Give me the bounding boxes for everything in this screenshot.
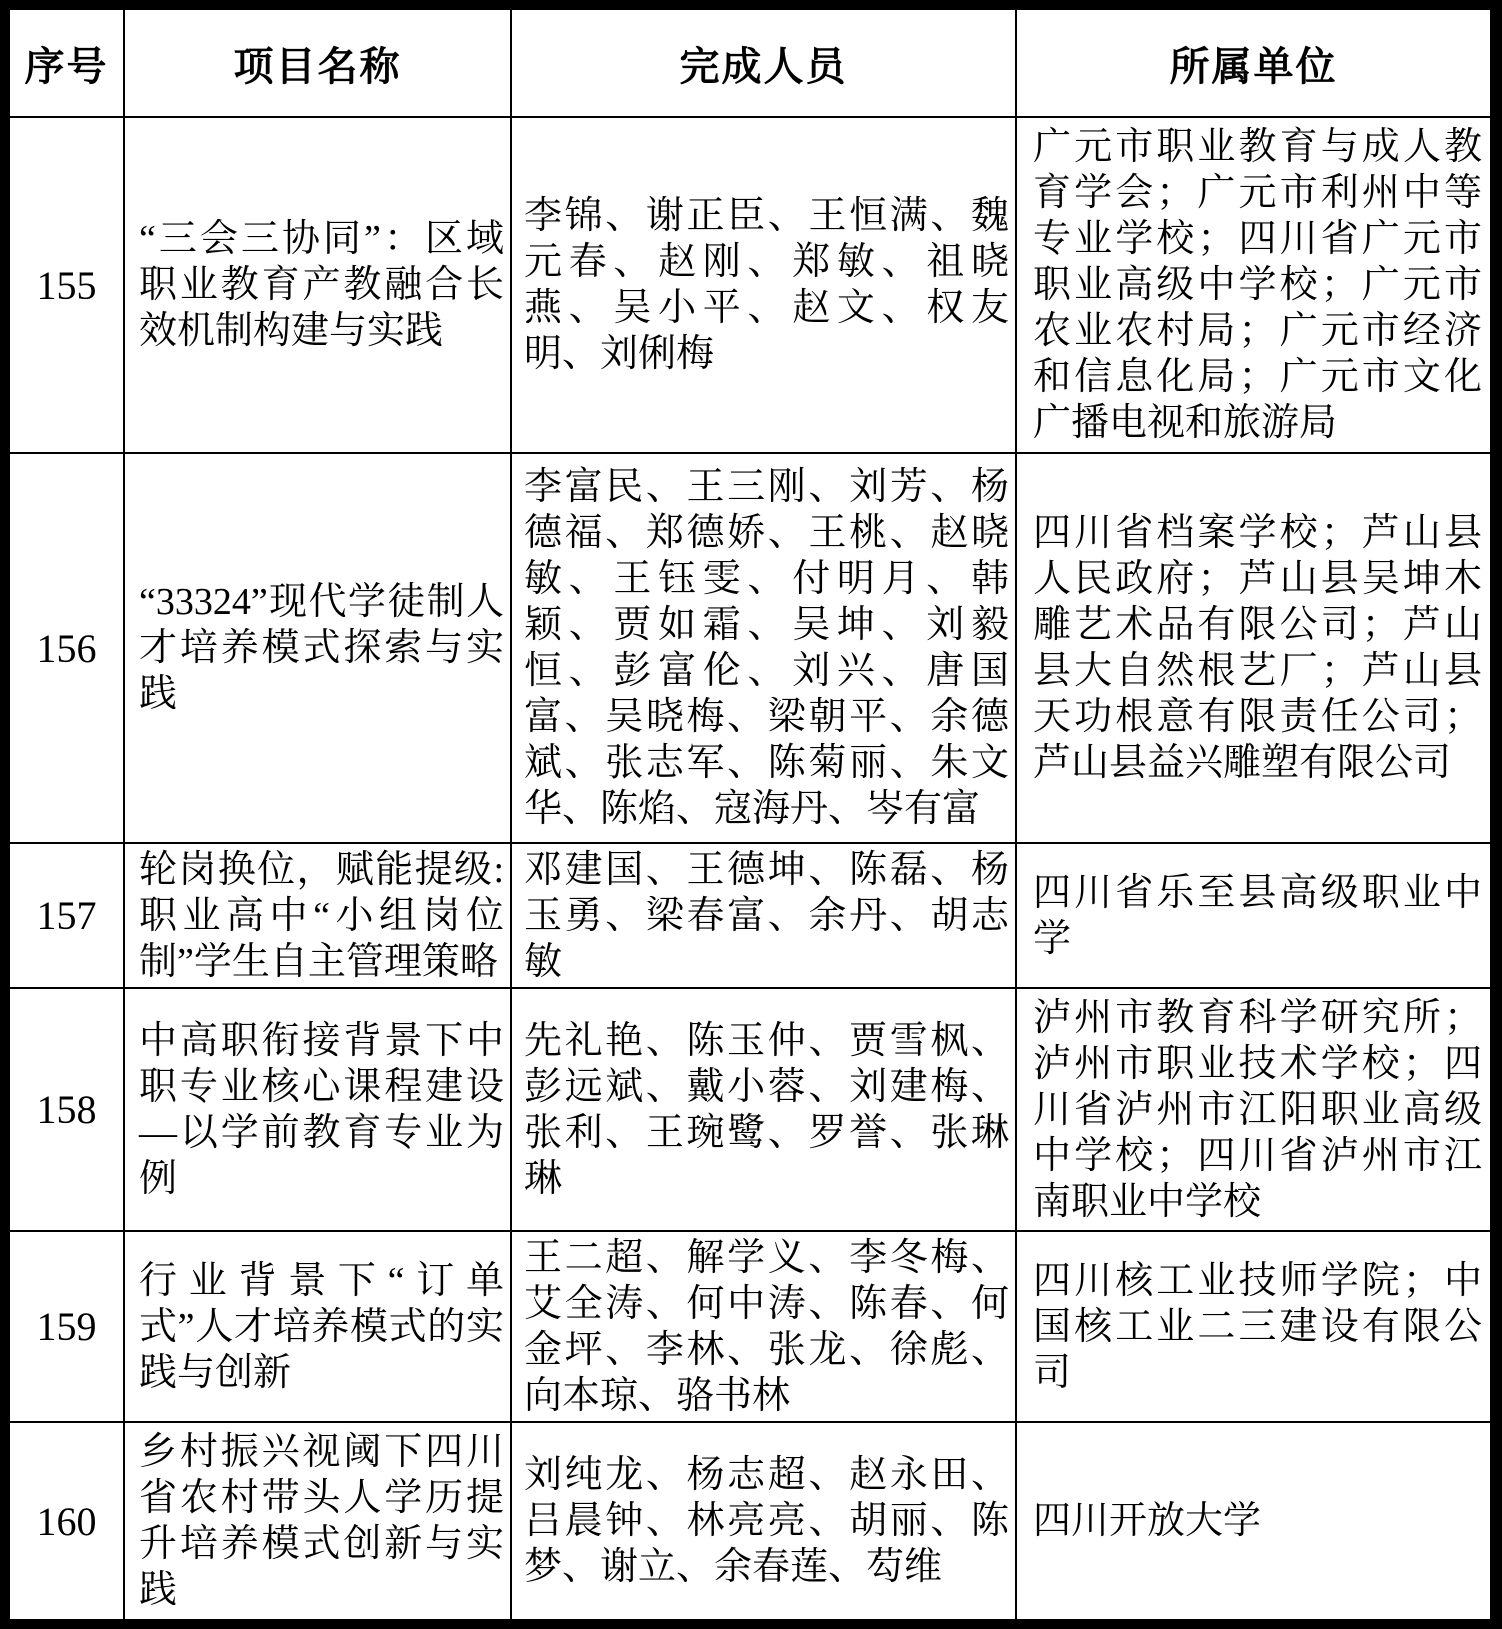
cell-project: 中高职衔接背景下中职专业核心课程建设—以学前教育专业为例 <box>124 988 511 1231</box>
table-row: 157 轮岗换位，赋能提级:职业高中“小组岗位制”学生自主管理策略 邓建国、王德… <box>9 843 1491 988</box>
header-row: 序号 项目名称 完成人员 所属单位 <box>9 9 1491 117</box>
cell-project: “三会三协同”：区域职业教育产教融合长效机制构建与实践 <box>124 117 511 453</box>
header-project: 项目名称 <box>124 9 511 117</box>
cell-no: 158 <box>9 988 124 1231</box>
cell-project: 行业背景下“订单式”人才培养模式的实践与创新 <box>124 1231 511 1422</box>
cell-no: 159 <box>9 1231 124 1422</box>
document-page: 序号 项目名称 完成人员 所属单位 155 “三会三协同”：区域职业教育产教融合… <box>0 0 1502 1629</box>
cell-no: 160 <box>9 1422 124 1620</box>
cell-unit: 四川省乐至县高级职业中学 <box>1016 843 1491 988</box>
cell-unit: 泸州市教育科学研究所；泸州市职业技术学校；四川省泸州市江阳职业高级中学校；四川省… <box>1016 988 1491 1231</box>
cell-personnel: 李锦、谢正臣、王恒满、魏元春、赵刚、郑敏、祖晓燕、吴小平、赵文、权友明、刘俐梅 <box>511 117 1016 453</box>
cell-unit: 四川省档案学校；芦山县人民政府；芦山县吴坤木雕艺术品有限公司；芦山县大自然根艺厂… <box>1016 453 1491 843</box>
cell-no: 157 <box>9 843 124 988</box>
table-row: 158 中高职衔接背景下中职专业核心课程建设—以学前教育专业为例 先礼艳、陈玉仲… <box>9 988 1491 1231</box>
table-row: 156 “33324”现代学徒制人才培养模式探索与实践 李富民、王三刚、刘芳、杨… <box>9 453 1491 843</box>
header-unit: 所属单位 <box>1016 9 1491 117</box>
cell-project: 轮岗换位，赋能提级:职业高中“小组岗位制”学生自主管理策略 <box>124 843 511 988</box>
cell-personnel: 邓建国、王德坤、陈磊、杨玉勇、梁春富、余丹、胡志敏 <box>511 843 1016 988</box>
cell-project: 乡村振兴视阈下四川省农村带头人学历提升培养模式创新与实践 <box>124 1422 511 1620</box>
cell-no: 156 <box>9 453 124 843</box>
header-personnel: 完成人员 <box>511 9 1016 117</box>
cell-unit: 四川核工业技师学院；中国核工业二三建设有限公司 <box>1016 1231 1491 1422</box>
cell-project: “33324”现代学徒制人才培养模式探索与实践 <box>124 453 511 843</box>
cell-personnel: 先礼艳、陈玉仲、贾雪枫、彭远斌、戴小蓉、刘建梅、张利、王琬鹭、罗誉、张琳琳 <box>511 988 1016 1231</box>
cell-unit: 四川开放大学 <box>1016 1422 1491 1620</box>
table-row: 160 乡村振兴视阈下四川省农村带头人学历提升培养模式创新与实践 刘纯龙、杨志超… <box>9 1422 1491 1620</box>
project-award-table: 序号 项目名称 完成人员 所属单位 155 “三会三协同”：区域职业教育产教融合… <box>8 8 1492 1621</box>
cell-personnel: 王二超、解学义、李冬梅、艾全涛、何中涛、陈春、何金坪、李林、张龙、徐彪、向本琼、… <box>511 1231 1016 1422</box>
header-no: 序号 <box>9 9 124 117</box>
cell-unit: 广元市职业教育与成人教育学会；广元市利州中等专业学校；四川省广元市职业高级中学校… <box>1016 117 1491 453</box>
cell-personnel: 李富民、王三刚、刘芳、杨德福、郑德娇、王桃、赵晓敏、王钰雯、付明月、韩颖、贾如霜… <box>511 453 1016 843</box>
cell-no: 155 <box>9 117 124 453</box>
table-row: 155 “三会三协同”：区域职业教育产教融合长效机制构建与实践 李锦、谢正臣、王… <box>9 117 1491 453</box>
table-row: 159 行业背景下“订单式”人才培养模式的实践与创新 王二超、解学义、李冬梅、艾… <box>9 1231 1491 1422</box>
cell-personnel: 刘纯龙、杨志超、赵永田、吕晨钟、林亮亮、胡丽、陈梦、谢立、余春莲、芶维 <box>511 1422 1016 1620</box>
